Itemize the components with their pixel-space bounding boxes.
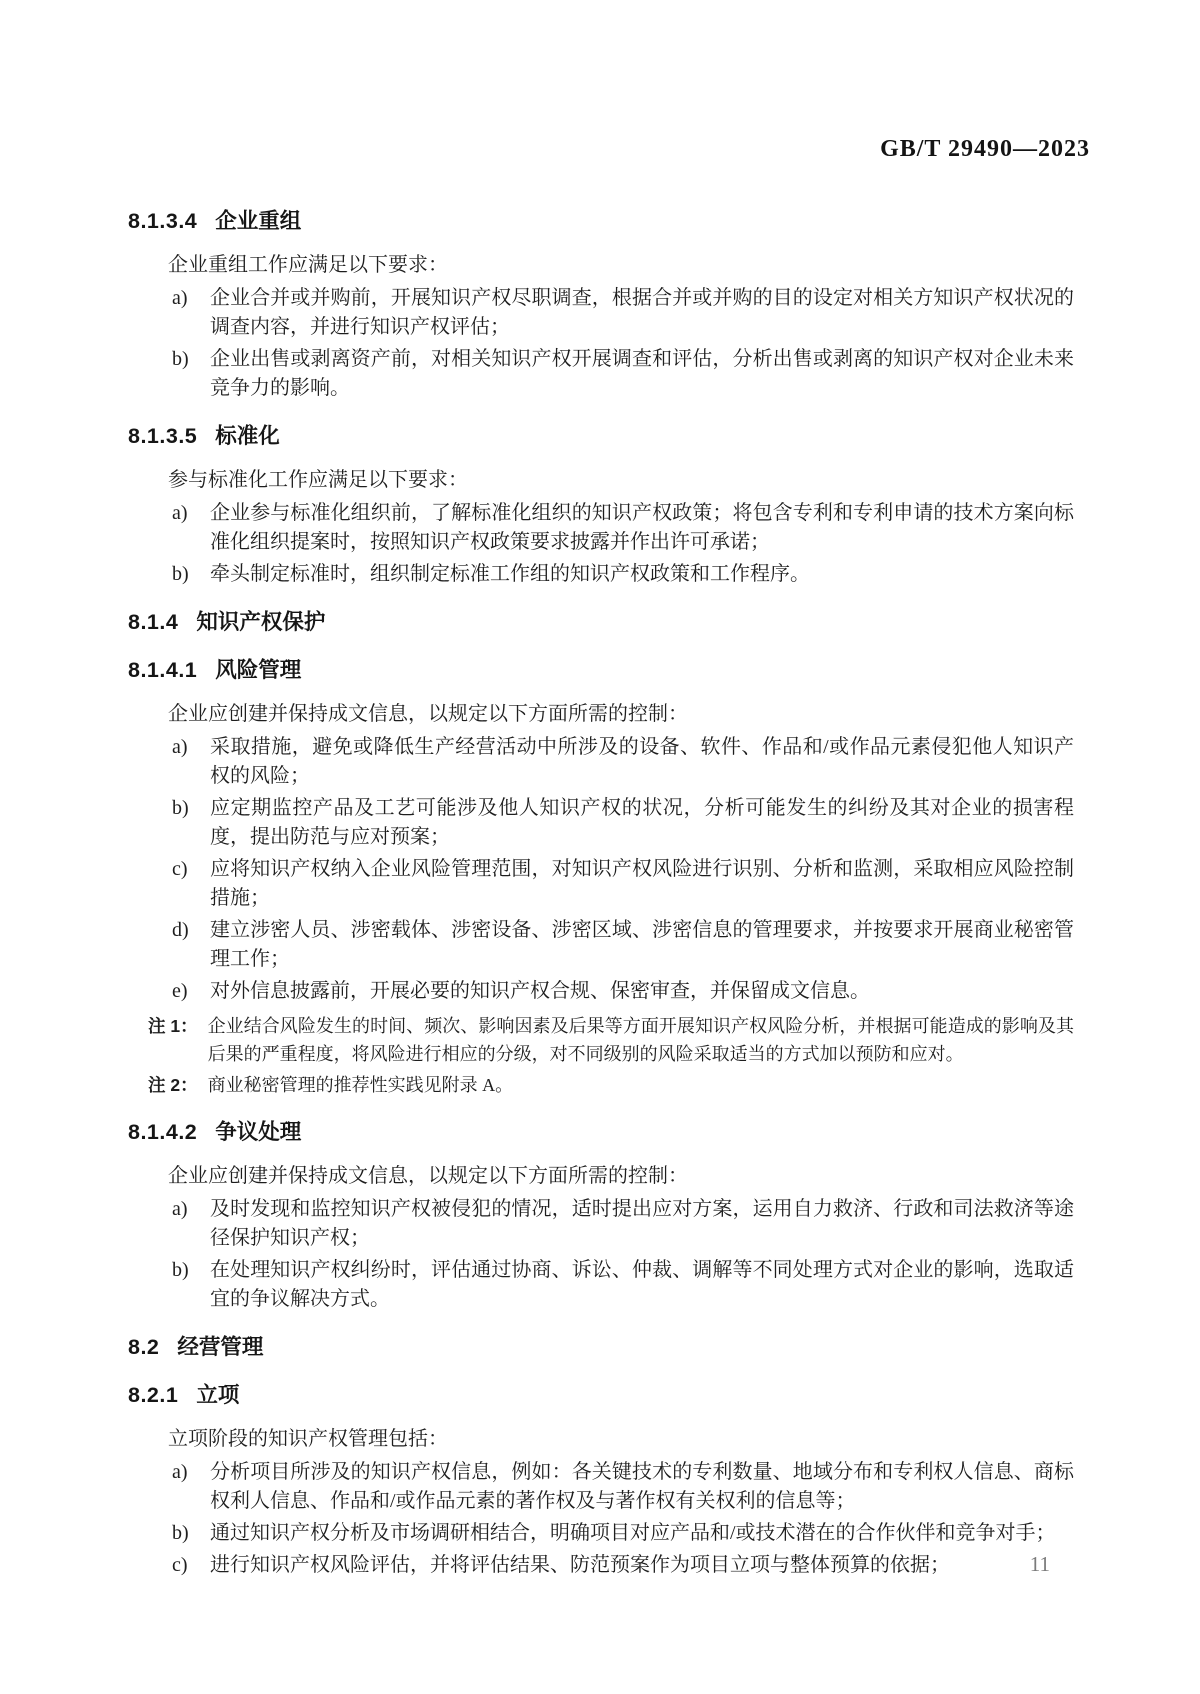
list-item-text: 及时发现和监控知识产权被侵犯的情况，适时提出应对方案，运用自力救济、行政和司法救… [210, 1195, 1074, 1253]
section-intro: 参与标准化工作应满足以下要求： [128, 466, 1074, 495]
item-list: a) 企业合并或并购前，开展知识产权尽职调查，根据合并或并购的目的设定对相关方知… [128, 284, 1074, 403]
section-heading: 8.1.4.2 争议处理 [128, 1117, 1074, 1147]
note: 注 1： 企业结合风险发生的时间、频次、影响因素及后果等方面开展知识产权风险分析… [148, 1012, 1074, 1068]
list-item-marker: b) [172, 345, 210, 403]
section-title: 立项 [196, 1380, 239, 1410]
section-title: 争议处理 [215, 1117, 301, 1147]
list-item-marker: b) [172, 794, 210, 852]
section-number: 8.1.4.1 [128, 655, 197, 685]
section-number: 8.1.3.4 [128, 206, 197, 236]
list-item: a) 企业合并或并购前，开展知识产权尽职调查，根据合并或并购的目的设定对相关方知… [172, 284, 1074, 342]
section-heading: 8.2 经营管理 [128, 1332, 1074, 1362]
list-item-text: 分析项目所涉及的知识产权信息，例如：各关键技术的专利数量、地域分布和专利权人信息… [210, 1458, 1074, 1516]
section-8-1-4-1: 8.1.4.1 风险管理 企业应创建并保持成文信息，以规定以下方面所需的控制： … [128, 655, 1074, 1099]
list-item-marker: a) [172, 733, 210, 791]
list-item: a) 采取措施，避免或降低生产经营活动中所涉及的设备、软件、作品和/或作品元素侵… [172, 733, 1074, 791]
section-heading: 8.1.4.1 风险管理 [128, 655, 1074, 685]
list-item: c) 进行知识产权风险评估，并将评估结果、防范预案作为项目立项与整体预算的依据； [172, 1551, 1074, 1580]
list-item-marker: e) [172, 977, 210, 1006]
list-item: b) 牵头制定标准时，组织制定标准工作组的知识产权政策和工作程序。 [172, 560, 1074, 589]
note-label: 注 1： [148, 1012, 198, 1068]
list-item-text: 牵头制定标准时，组织制定标准工作组的知识产权政策和工作程序。 [210, 560, 1074, 589]
list-item-text: 企业参与标准化组织前，了解标准化组织的知识产权政策；将包含专利和专利申请的技术方… [210, 499, 1074, 557]
list-item-marker: b) [172, 560, 210, 589]
section-heading: 8.1.4 知识产权保护 [128, 607, 1074, 637]
section-title: 经营管理 [177, 1332, 263, 1362]
note: 注 2： 商业秘密管理的推荐性实践见附录 A。 [148, 1071, 1074, 1099]
section-intro: 企业应创建并保持成文信息，以规定以下方面所需的控制： [128, 700, 1074, 729]
list-item: a) 及时发现和监控知识产权被侵犯的情况，适时提出应对方案，运用自力救济、行政和… [172, 1195, 1074, 1253]
section-title: 标准化 [215, 421, 280, 451]
list-item: a) 分析项目所涉及的知识产权信息，例如：各关键技术的专利数量、地域分布和专利权… [172, 1458, 1074, 1516]
list-item-text: 应定期监控产品及工艺可能涉及他人知识产权的状况，分析可能发生的纠纷及其对企业的损… [210, 794, 1074, 852]
item-list: a) 及时发现和监控知识产权被侵犯的情况，适时提出应对方案，运用自力救济、行政和… [128, 1195, 1074, 1314]
section-8-2-1: 8.2.1 立项 立项阶段的知识产权管理包括： a) 分析项目所涉及的知识产权信… [128, 1380, 1074, 1580]
section-8-1-4: 8.1.4 知识产权保护 [128, 607, 1074, 637]
section-8-1-3-5: 8.1.3.5 标准化 参与标准化工作应满足以下要求： a) 企业参与标准化组织… [128, 421, 1074, 589]
section-number: 8.2.1 [128, 1380, 178, 1410]
page-content: 8.1.3.4 企业重组 企业重组工作应满足以下要求： a) 企业合并或并购前，… [128, 206, 1074, 1583]
section-heading: 8.1.3.4 企业重组 [128, 206, 1074, 236]
list-item-marker: a) [172, 499, 210, 557]
section-8-2: 8.2 经营管理 [128, 1332, 1074, 1362]
section-8-1-4-2: 8.1.4.2 争议处理 企业应创建并保持成文信息，以规定以下方面所需的控制： … [128, 1117, 1074, 1314]
item-list: a) 采取措施，避免或降低生产经营活动中所涉及的设备、软件、作品和/或作品元素侵… [128, 733, 1074, 1006]
list-item-text: 采取措施，避免或降低生产经营活动中所涉及的设备、软件、作品和/或作品元素侵犯他人… [210, 733, 1074, 791]
list-item-marker: b) [172, 1519, 210, 1548]
list-item: b) 企业出售或剥离资产前，对相关知识产权开展调查和评估，分析出售或剥离的知识产… [172, 345, 1074, 403]
list-item-text: 在处理知识产权纠纷时，评估通过协商、诉讼、仲裁、调解等不同处理方式对企业的影响，… [210, 1256, 1074, 1314]
list-item-marker: a) [172, 284, 210, 342]
section-number: 8.1.4.2 [128, 1117, 197, 1147]
note-text: 企业结合风险发生的时间、频次、影响因素及后果等方面开展知识产权风险分析，并根据可… [208, 1012, 1074, 1068]
list-item-marker: a) [172, 1195, 210, 1253]
list-item-marker: c) [172, 1551, 210, 1580]
list-item-marker: d) [172, 916, 210, 974]
list-item: c) 应将知识产权纳入企业风险管理范围，对知识产权风险进行识别、分析和监测，采取… [172, 855, 1074, 913]
list-item-text: 企业合并或并购前，开展知识产权尽职调查，根据合并或并购的目的设定对相关方知识产权… [210, 284, 1074, 342]
section-intro: 企业应创建并保持成文信息，以规定以下方面所需的控制： [128, 1162, 1074, 1191]
list-item: d) 建立涉密人员、涉密载体、涉密设备、涉密区域、涉密信息的管理要求，并按要求开… [172, 916, 1074, 974]
section-title: 知识产权保护 [196, 607, 325, 637]
list-item: a) 企业参与标准化组织前，了解标准化组织的知识产权政策；将包含专利和专利申请的… [172, 499, 1074, 557]
list-item-marker: b) [172, 1256, 210, 1314]
section-intro: 立项阶段的知识产权管理包括： [128, 1425, 1074, 1454]
section-title: 企业重组 [215, 206, 301, 236]
page-number: 11 [1030, 1552, 1050, 1577]
note-label: 注 2： [148, 1071, 198, 1099]
list-item: b) 通过知识产权分析及市场调研相结合，明确项目对应产品和/或技术潜在的合作伙伴… [172, 1519, 1074, 1548]
list-item-text: 通过知识产权分析及市场调研相结合，明确项目对应产品和/或技术潜在的合作伙伴和竞争… [210, 1519, 1074, 1548]
list-item: b) 在处理知识产权纠纷时，评估通过协商、诉讼、仲裁、调解等不同处理方式对企业的… [172, 1256, 1074, 1314]
section-title: 风险管理 [215, 655, 301, 685]
item-list: a) 分析项目所涉及的知识产权信息，例如：各关键技术的专利数量、地域分布和专利权… [128, 1458, 1074, 1580]
list-item-text: 企业出售或剥离资产前，对相关知识产权开展调查和评估，分析出售或剥离的知识产权对企… [210, 345, 1074, 403]
note-text: 商业秘密管理的推荐性实践见附录 A。 [208, 1071, 1074, 1099]
document-page: GB/T 29490—2023 8.1.3.4 企业重组 企业重组工作应满足以下… [0, 0, 1200, 1694]
standard-code: GB/T 29490—2023 [880, 136, 1090, 163]
list-item-text: 进行知识产权风险评估，并将评估结果、防范预案作为项目立项与整体预算的依据； [210, 1551, 1074, 1580]
section-8-1-3-4: 8.1.3.4 企业重组 企业重组工作应满足以下要求： a) 企业合并或并购前，… [128, 206, 1074, 403]
section-intro: 企业重组工作应满足以下要求： [128, 251, 1074, 280]
section-heading: 8.2.1 立项 [128, 1380, 1074, 1410]
section-number: 8.1.3.5 [128, 421, 197, 451]
item-list: a) 企业参与标准化组织前，了解标准化组织的知识产权政策；将包含专利和专利申请的… [128, 499, 1074, 589]
list-item-text: 对外信息披露前，开展必要的知识产权合规、保密审查，并保留成文信息。 [210, 977, 1074, 1006]
section-number: 8.2 [128, 1332, 159, 1362]
section-number: 8.1.4 [128, 607, 178, 637]
section-heading: 8.1.3.5 标准化 [128, 421, 1074, 451]
list-item-text: 应将知识产权纳入企业风险管理范围，对知识产权风险进行识别、分析和监测，采取相应风… [210, 855, 1074, 913]
notes-block: 注 1： 企业结合风险发生的时间、频次、影响因素及后果等方面开展知识产权风险分析… [128, 1012, 1074, 1099]
list-item-text: 建立涉密人员、涉密载体、涉密设备、涉密区域、涉密信息的管理要求，并按要求开展商业… [210, 916, 1074, 974]
list-item-marker: a) [172, 1458, 210, 1516]
list-item-marker: c) [172, 855, 210, 913]
list-item: b) 应定期监控产品及工艺可能涉及他人知识产权的状况，分析可能发生的纠纷及其对企… [172, 794, 1074, 852]
list-item: e) 对外信息披露前，开展必要的知识产权合规、保密审查，并保留成文信息。 [172, 977, 1074, 1006]
